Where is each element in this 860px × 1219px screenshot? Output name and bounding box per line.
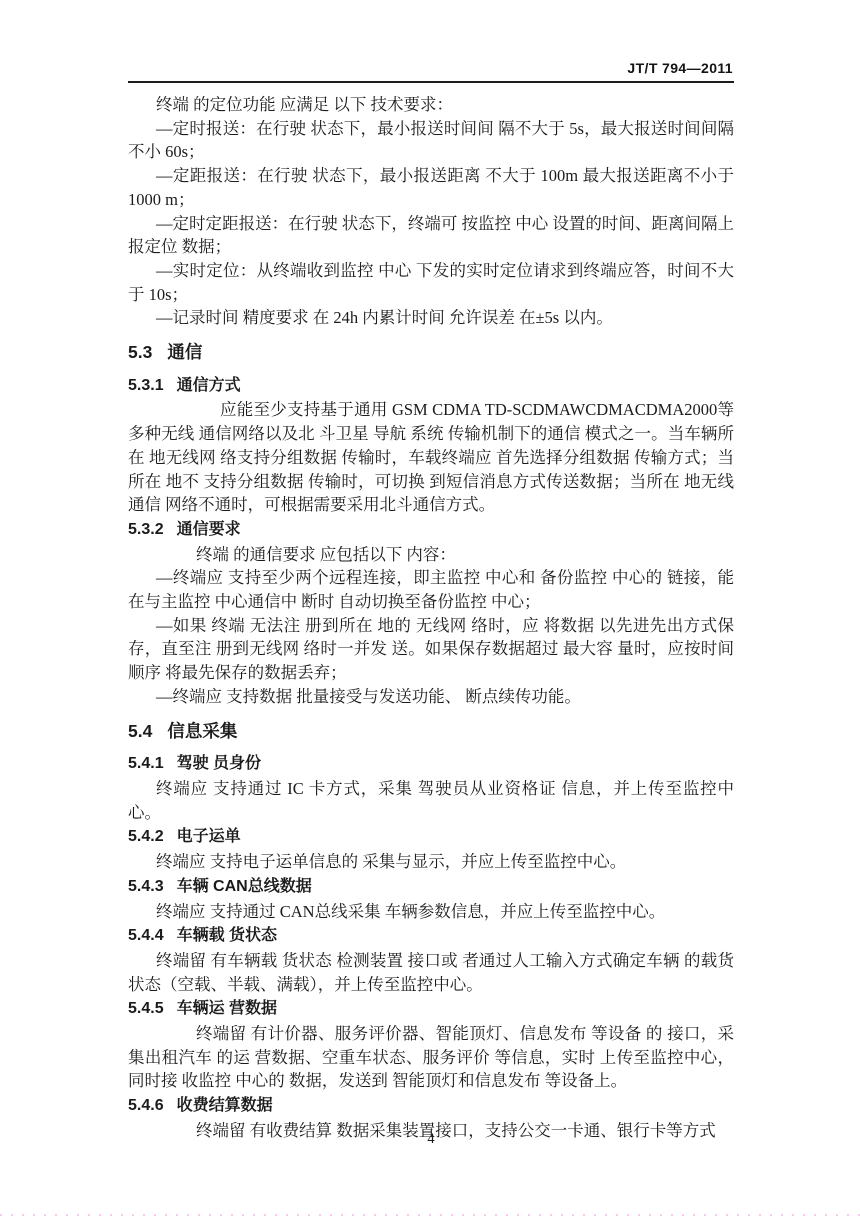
- header-doc-code: JT/T 794—2011: [128, 60, 733, 76]
- heading-title: 车辆运 营数据: [177, 1000, 277, 1017]
- paragraph: —如果 终端 无法注 册到所在 地的 无线网 络时，应 将数据 以先进先出方式保…: [128, 614, 734, 685]
- heading-title: 收费结算数据: [177, 1097, 273, 1114]
- heading-number: 5.4.3: [128, 878, 164, 895]
- heading-title: 驾驶 员身份: [177, 755, 261, 772]
- paragraph: 终端应 支持通过 CAN总线采集 车辆参数信息，并应上传至监控中心。: [128, 900, 734, 924]
- paragraph: 终端应 支持通过 IC 卡方式，采集 驾驶员从业资格证 信息，并上传至监控中心。: [128, 777, 734, 824]
- heading-number: 5.4.1: [128, 755, 164, 772]
- heading-number: 5.3.2: [128, 521, 164, 538]
- heading-title: 电子运单: [177, 828, 241, 845]
- heading-number: 5.3.1: [128, 377, 164, 394]
- paragraph: —终端应 支持至少两个远程连接，即主监控 中心和 备份监控 中心的 链接，能在与…: [128, 566, 734, 613]
- heading-title: 通信方式: [177, 377, 241, 394]
- heading-title: 通信要求: [177, 521, 241, 538]
- heading-5.4.3: 5.4.3车辆 CAN总线数据: [128, 875, 734, 899]
- paragraph: 终端 的通信要求 应包括以下 内容：: [128, 543, 734, 567]
- heading-number: 5.4.2: [128, 828, 164, 845]
- paragraph: 终端应 支持电子运单信息的 采集与显示，并应上传至监控中心。: [128, 850, 734, 874]
- heading-5.4.5: 5.4.5车辆运 营数据: [128, 997, 734, 1021]
- scan-artifact-dotted-line: [0, 1214, 860, 1216]
- heading-5.4.4: 5.4.4车辆载 货状态: [128, 924, 734, 948]
- paragraph: 终端留 有车辆载 货状态 检测装置 接口或 者通过人工输入方式确定车辆 的载货状…: [128, 949, 734, 996]
- paragraph: —终端应 支持数据 批量接受与发送功能、 断点续传功能。: [128, 685, 734, 709]
- heading-5.3.1: 5.3.1通信方式: [128, 374, 734, 398]
- heading-number: 5.4: [128, 721, 152, 741]
- heading-title: 通信: [167, 342, 202, 362]
- page-number: 4: [128, 1131, 734, 1148]
- heading-title: 车辆载 货状态: [177, 927, 277, 944]
- heading-number: 5.3: [128, 342, 152, 362]
- paragraph: 终端留 有计价器、服务评价器、智能顶灯、信息发布 等设备 的 接口，采集出租汽车…: [128, 1022, 734, 1093]
- paragraph: —定距报送：在行驶 状态下，最小报送距离 不大于 100m 最大报送距离不小于 …: [128, 164, 734, 211]
- paragraph: —定时报送：在行驶 状态下，最小报送时间间 隔不大于 5s，最大报送时间间隔不小…: [128, 117, 734, 164]
- heading-number: 5.4.5: [128, 1000, 164, 1017]
- heading-5.4.6: 5.4.6收费结算数据: [128, 1094, 734, 1118]
- heading-5.4.2: 5.4.2电子运单: [128, 825, 734, 849]
- paragraph: —实时定位：从终端收到监控 中心 下发的实时定位请求到终端应答，时间不大于 10…: [128, 259, 734, 306]
- header-rule: [128, 81, 734, 83]
- heading-5.4.1: 5.4.1驾驶 员身份: [128, 752, 734, 776]
- heading-number: 5.4.6: [128, 1097, 164, 1114]
- document-body: 终端 的定位功能 应满足 以下 技术要求：—定时报送：在行驶 状态下，最小报送时…: [128, 93, 734, 1143]
- heading-5.4: 5.4信息采集: [128, 720, 734, 744]
- heading-title: 车辆 CAN总线数据: [177, 878, 312, 895]
- paragraph: 终端 的定位功能 应满足 以下 技术要求：: [128, 93, 734, 117]
- document-page: JT/T 794—2011 终端 的定位功能 应满足 以下 技术要求：—定时报送…: [0, 0, 860, 1219]
- paragraph: 应能至少支持基于通用 GSM CDMA TD-SCDMAWCDMACDMA200…: [128, 398, 734, 517]
- heading-5.3.2: 5.3.2通信要求: [128, 518, 734, 542]
- heading-number: 5.4.4: [128, 927, 164, 944]
- heading-5.3: 5.3通信: [128, 341, 734, 365]
- paragraph: —记录时间 精度要求 在 24h 内累计时间 允许误差 在±5s 以内。: [128, 306, 734, 330]
- paragraph: —定时定距报送：在行驶 状态下，终端可 按监控 中心 设置的时间、距离间隔上报定…: [128, 212, 734, 259]
- heading-title: 信息采集: [167, 721, 237, 741]
